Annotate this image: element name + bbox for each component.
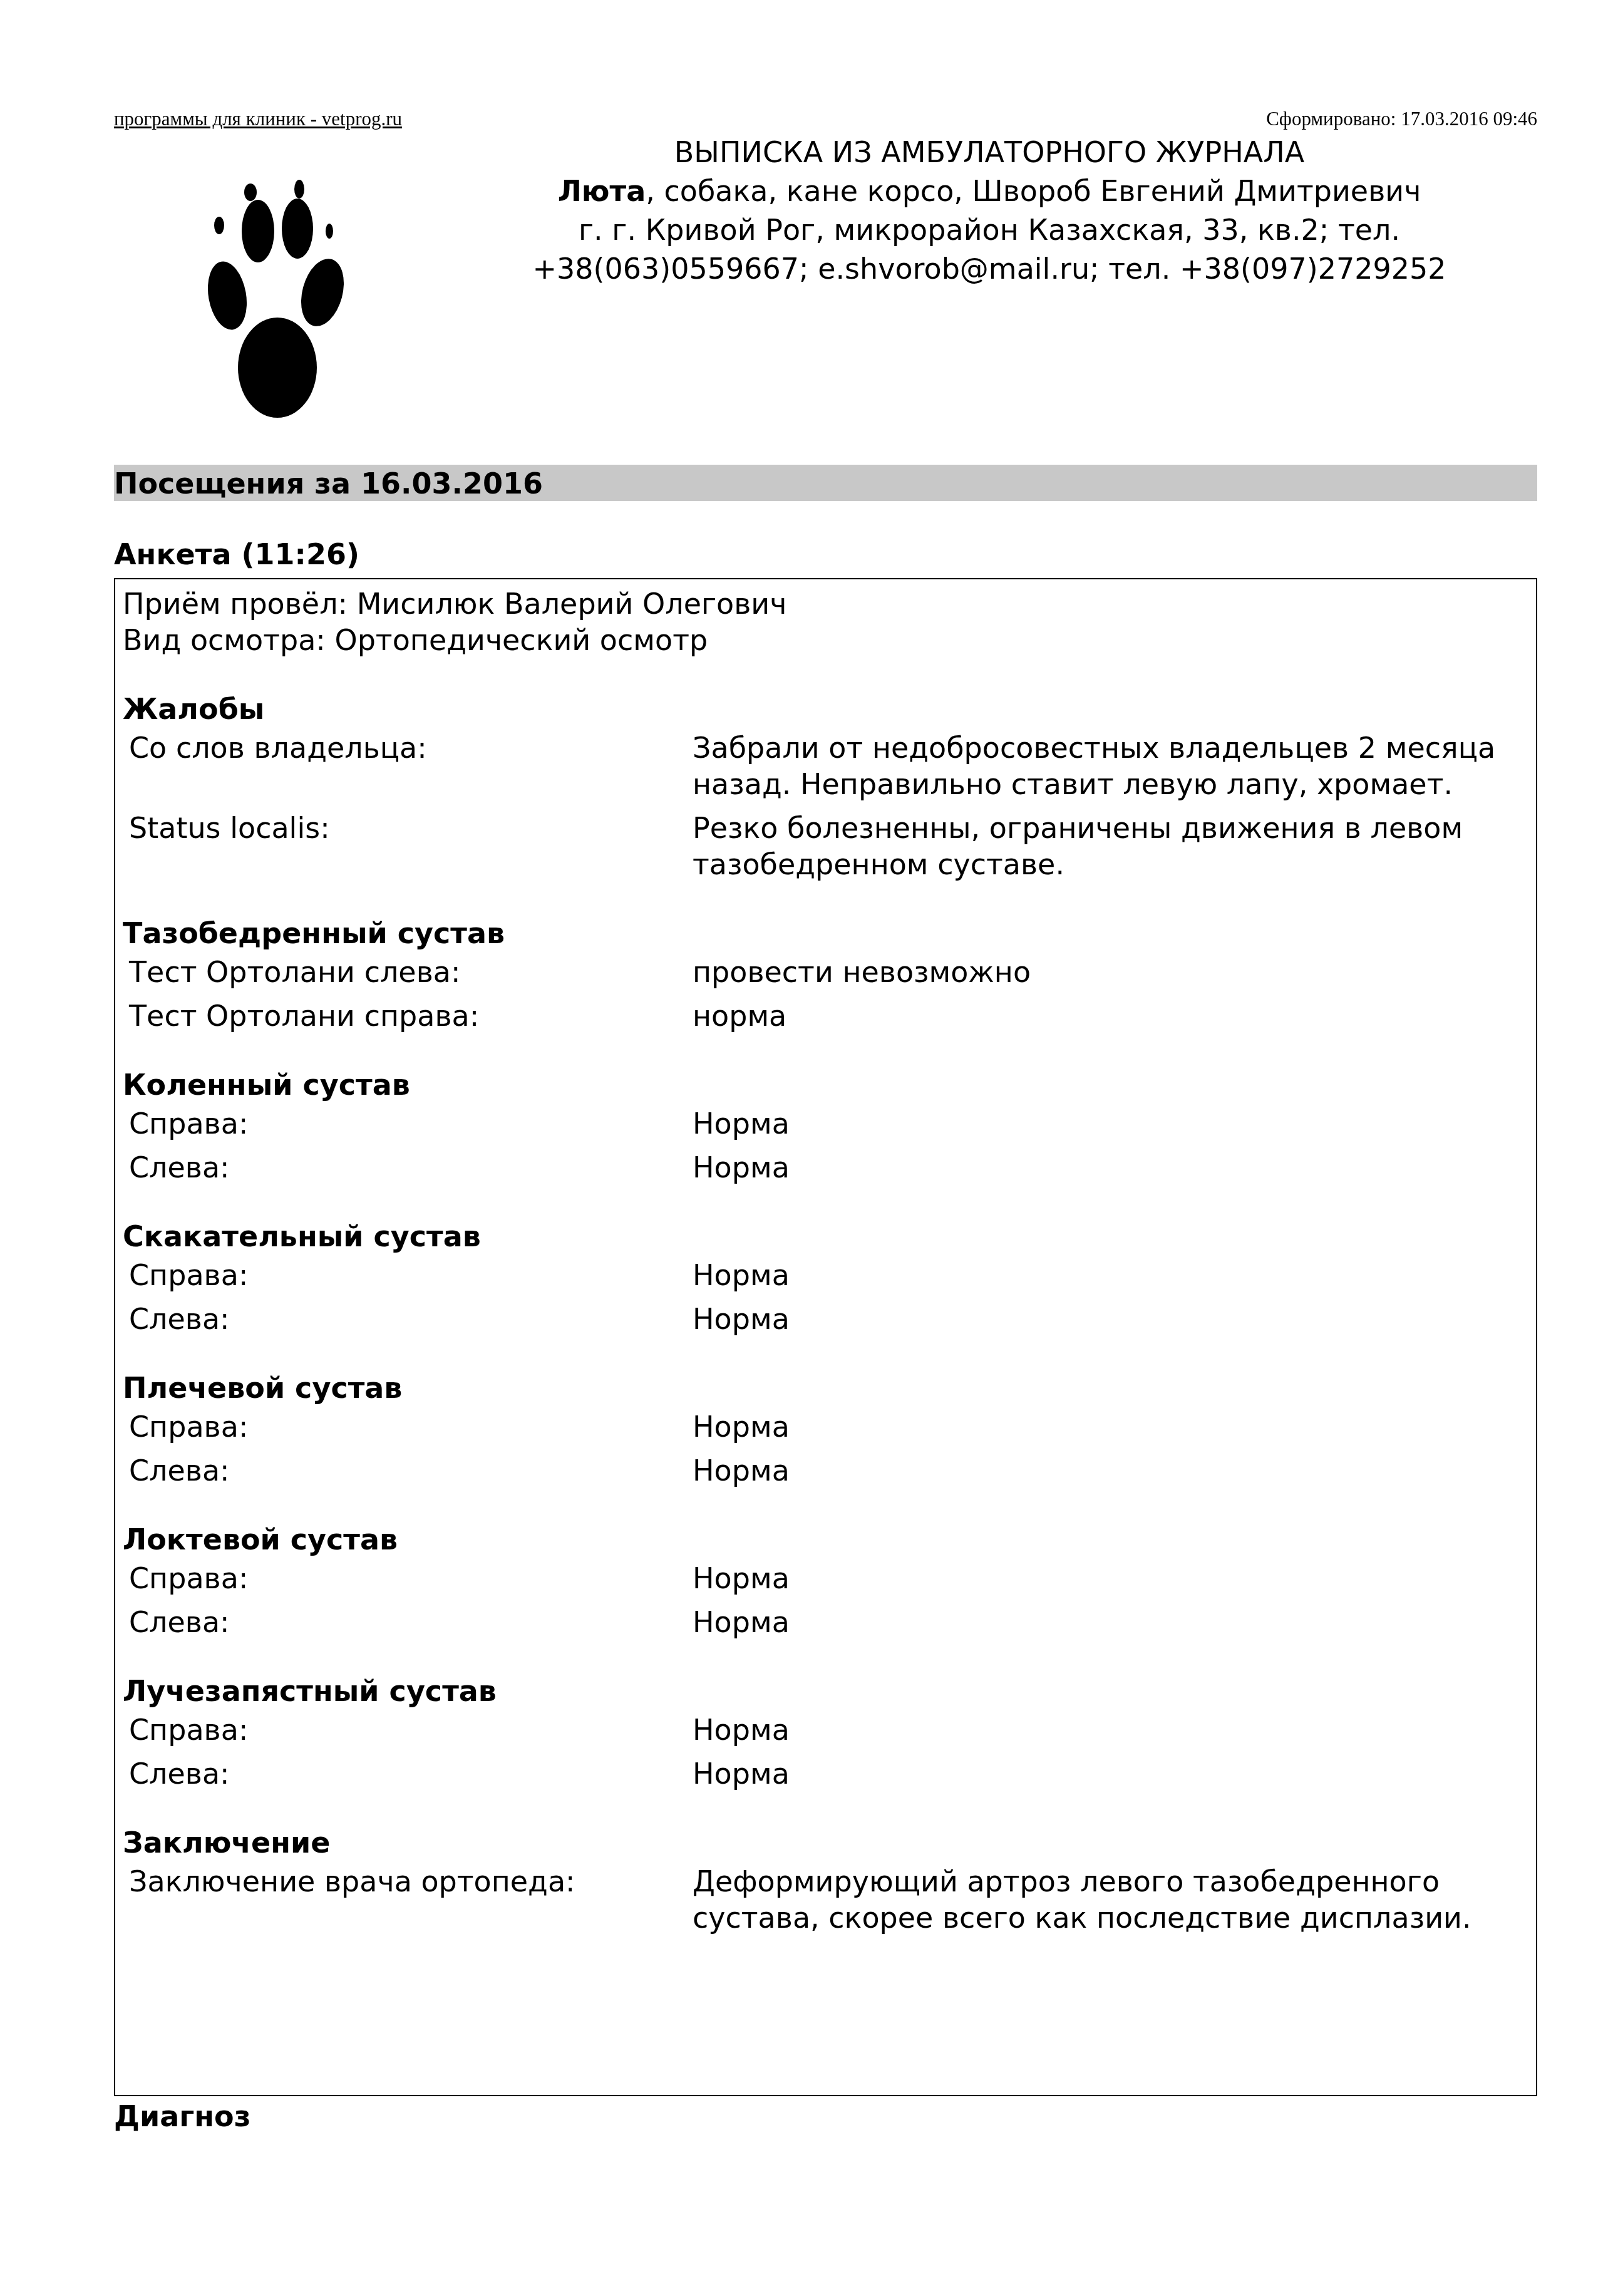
section-title: Локтевой сустав <box>123 1520 1536 1559</box>
field-label: Со слов владельца: <box>123 730 693 802</box>
paw-cross-icon <box>144 166 413 435</box>
field-row: Заключение врача ортопеда:Деформирующий … <box>123 1863 1536 1936</box>
field-value: Норма <box>693 1409 1525 1445</box>
section-title: Плечевой сустав <box>123 1368 1536 1407</box>
section-title: Скакательный сустав <box>123 1217 1536 1256</box>
field-row: Справа:Норма <box>123 1712 1536 1748</box>
field-value: Норма <box>693 1560 1525 1596</box>
exam-type-line: Вид осмотра: Ортопедический осмотр <box>123 622 1536 658</box>
field-row: Слева:Норма <box>123 1452 1536 1489</box>
field-label: Справа: <box>123 1257 693 1293</box>
visits-date-header: Посещения за 16.03.2016 <box>114 465 1537 501</box>
diagnosis-title: Диагноз <box>114 2097 250 2136</box>
section-title: Тазобедренный сустав <box>123 914 1536 953</box>
field-row: Status localis:Резко болезненны, огранич… <box>123 810 1536 882</box>
owner-contacts: +38(063)0559667; e.shvorob@mail.ru; тел.… <box>488 249 1490 288</box>
doctor-line: Приём провёл: Мисилюк Валерий Олегович <box>123 586 1536 622</box>
field-row: Справа:Норма <box>123 1105 1536 1142</box>
field-label: Тест Ортолани справа: <box>123 998 693 1034</box>
section-title: Коленный сустав <box>123 1065 1536 1104</box>
field-label: Слева: <box>123 1149 693 1186</box>
field-label: Status localis: <box>123 810 693 882</box>
field-value: Норма <box>693 1301 1525 1337</box>
field-value: Норма <box>693 1149 1525 1186</box>
field-row: Справа:Норма <box>123 1257 1536 1293</box>
field-value: Норма <box>693 1712 1525 1748</box>
patient-info: Люта, собака, кане корсо, Швороб Евгений… <box>488 172 1490 210</box>
field-value: Норма <box>693 1452 1525 1489</box>
document-header: ВЫПИСКА ИЗ АМБУЛАТОРНОГО ЖУРНАЛА Люта, с… <box>488 133 1490 288</box>
field-row: Со слов владельца:Забрали от недобросове… <box>123 730 1536 802</box>
field-value: Норма <box>693 1105 1525 1142</box>
field-label: Слева: <box>123 1452 693 1489</box>
field-row: Справа:Норма <box>123 1409 1536 1445</box>
field-label: Справа: <box>123 1409 693 1445</box>
field-row: Слева:Норма <box>123 1756 1536 1792</box>
field-row: Тест Ортолани слева:провести невозможно <box>123 954 1536 990</box>
questionnaire-box: Приём провёл: Мисилюк Валерий Олегович В… <box>114 578 1537 2096</box>
questionnaire-title: Анкета (11:26) <box>114 537 359 571</box>
field-value: Забрали от недобросовестных владельцев 2… <box>693 730 1525 802</box>
field-row: Слева:Норма <box>123 1149 1536 1186</box>
field-value: Норма <box>693 1756 1525 1792</box>
field-value: Резко болезненны, ограничены движения в … <box>693 810 1525 882</box>
field-label: Слева: <box>123 1301 693 1337</box>
vetprog-link[interactable]: программы для клиник - vetprog.ru <box>114 108 402 130</box>
field-label: Справа: <box>123 1560 693 1596</box>
field-value: Норма <box>693 1604 1525 1640</box>
field-row: Тест Ортолани справа:норма <box>123 998 1536 1034</box>
field-label: Заключение врача ортопеда: <box>123 1863 693 1936</box>
field-label: Справа: <box>123 1712 693 1748</box>
field-value: норма <box>693 998 1525 1034</box>
field-label: Слева: <box>123 1604 693 1640</box>
field-row: Справа:Норма <box>123 1560 1536 1596</box>
document-title: ВЫПИСКА ИЗ АМБУЛАТОРНОГО ЖУРНАЛА <box>488 133 1490 172</box>
field-value: провести невозможно <box>693 954 1525 990</box>
field-value: Деформирующий артроз левого тазобедренно… <box>693 1863 1525 1936</box>
pet-details: , собака, кане корсо, Швороб Евгений Дми… <box>646 174 1421 208</box>
field-label: Тест Ортолани слева: <box>123 954 693 990</box>
owner-address: г. г. Кривой Рог, микрорайон Казахская, … <box>488 210 1490 249</box>
section-title: Заключение <box>123 1823 1536 1862</box>
generated-timestamp: Сформировано: 17.03.2016 09:46 <box>1266 108 1537 130</box>
section-title: Жалобы <box>123 690 1536 728</box>
field-row: Слева:Норма <box>123 1604 1536 1640</box>
field-label: Справа: <box>123 1105 693 1142</box>
field-value: Норма <box>693 1257 1525 1293</box>
pet-name: Люта <box>558 174 646 208</box>
field-row: Слева:Норма <box>123 1301 1536 1337</box>
field-label: Слева: <box>123 1756 693 1792</box>
section-title: Лучезапястный сустав <box>123 1672 1536 1710</box>
